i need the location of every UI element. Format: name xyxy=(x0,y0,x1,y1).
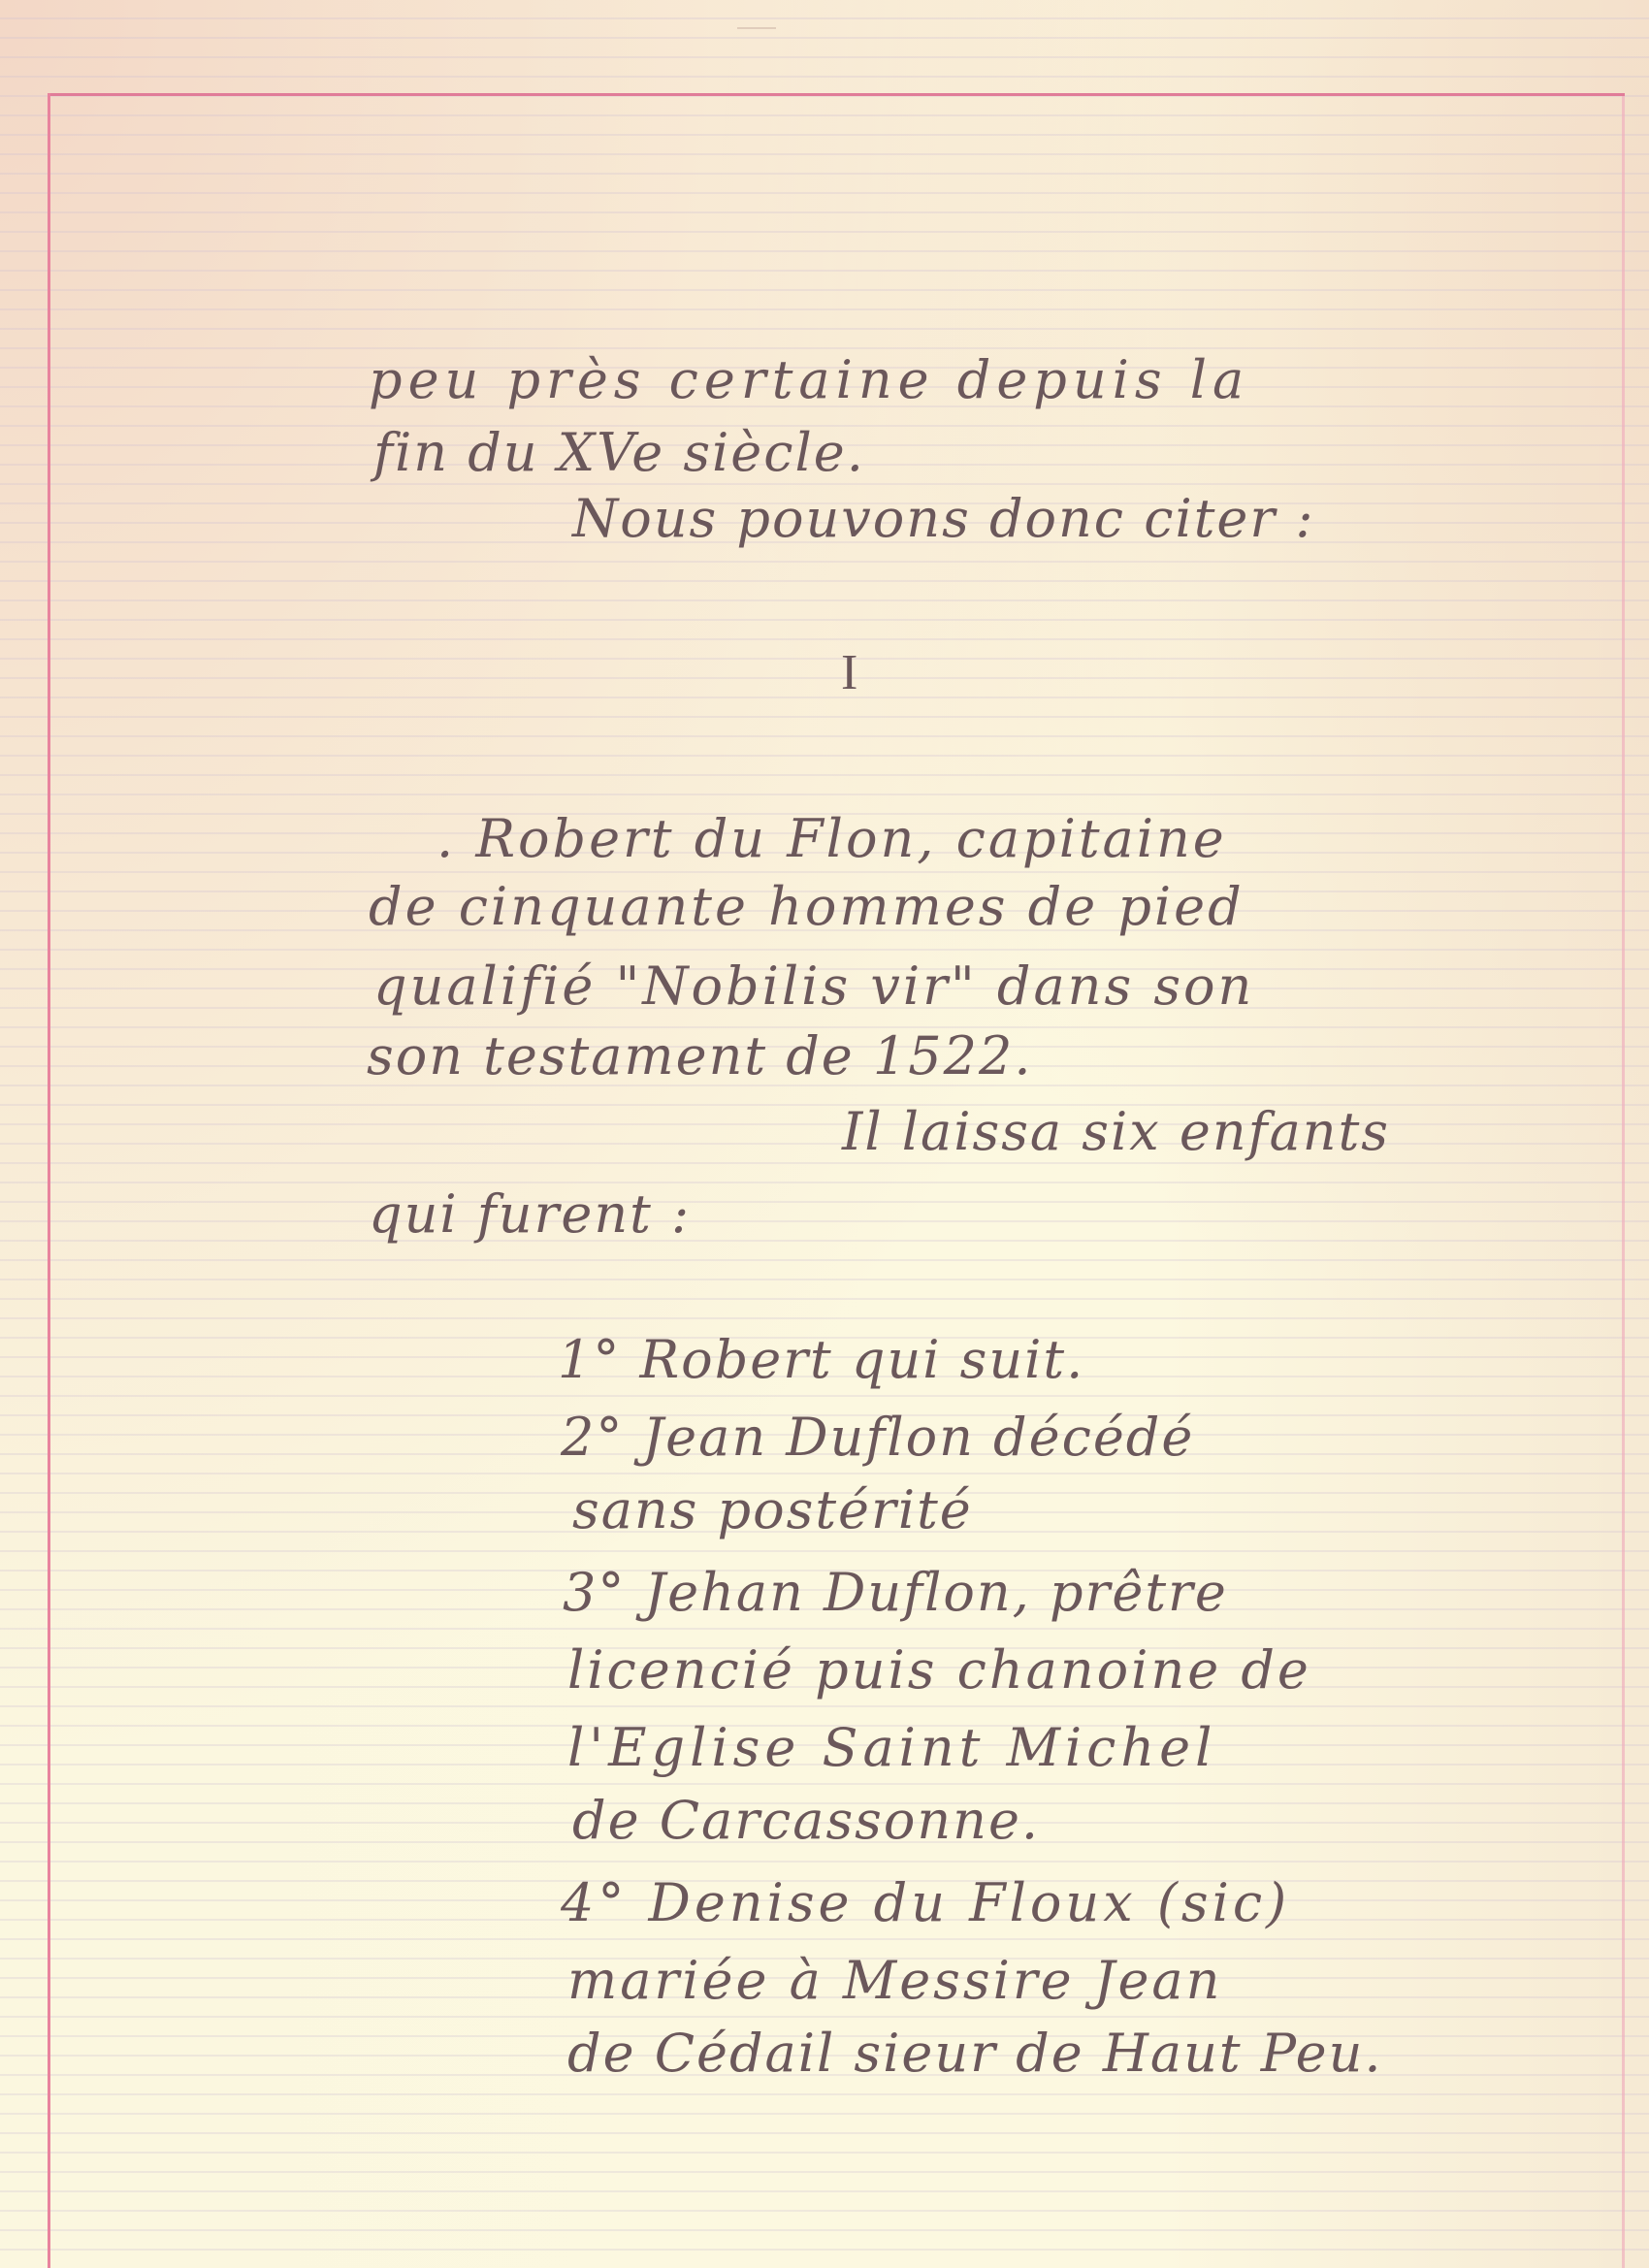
text-line: de cinquante hommes de pied xyxy=(369,881,1245,933)
text-line: licencié puis chanoine de xyxy=(567,1644,1311,1697)
text-line: fin du XVe siècle. xyxy=(373,427,865,479)
text-line: 3° Jehan Duflon, prêtre xyxy=(563,1567,1228,1619)
margin-rule-left xyxy=(48,93,50,2268)
margin-rule-right xyxy=(1622,96,1625,2268)
text-line: de Cédail sieur de Haut Peu. xyxy=(567,2027,1383,2080)
text-line: . Robert du Flon, capitaine xyxy=(436,813,1227,865)
text-line: peu près certaine depuis la xyxy=(369,354,1249,406)
text-line: 1° Robert qui suit. xyxy=(558,1334,1084,1386)
text-line: Nous pouvons donc citer : xyxy=(572,493,1315,545)
text-line: sans postérité xyxy=(572,1484,973,1537)
text-line: son testament de 1522. xyxy=(367,1030,1033,1083)
text-line: 2° Jean Duflon décédé xyxy=(561,1411,1194,1464)
text-line: qualifié "Nobilis vir" dans son xyxy=(373,960,1254,1013)
text-line: 4° Denise du Floux (sic) xyxy=(561,1877,1290,1929)
text-line: mariée à Messire Jean xyxy=(567,1955,1222,2007)
text-line: l'Eglise Saint Michel xyxy=(567,1722,1216,1774)
margin-rule-top xyxy=(48,93,1625,96)
text-line: qui furent : xyxy=(369,1188,691,1241)
section-numeral: I xyxy=(841,648,857,698)
paper-mark xyxy=(737,27,776,29)
text-line: Il laissa six enfants xyxy=(842,1106,1390,1158)
text-line: de Carcassonne. xyxy=(572,1795,1040,1847)
